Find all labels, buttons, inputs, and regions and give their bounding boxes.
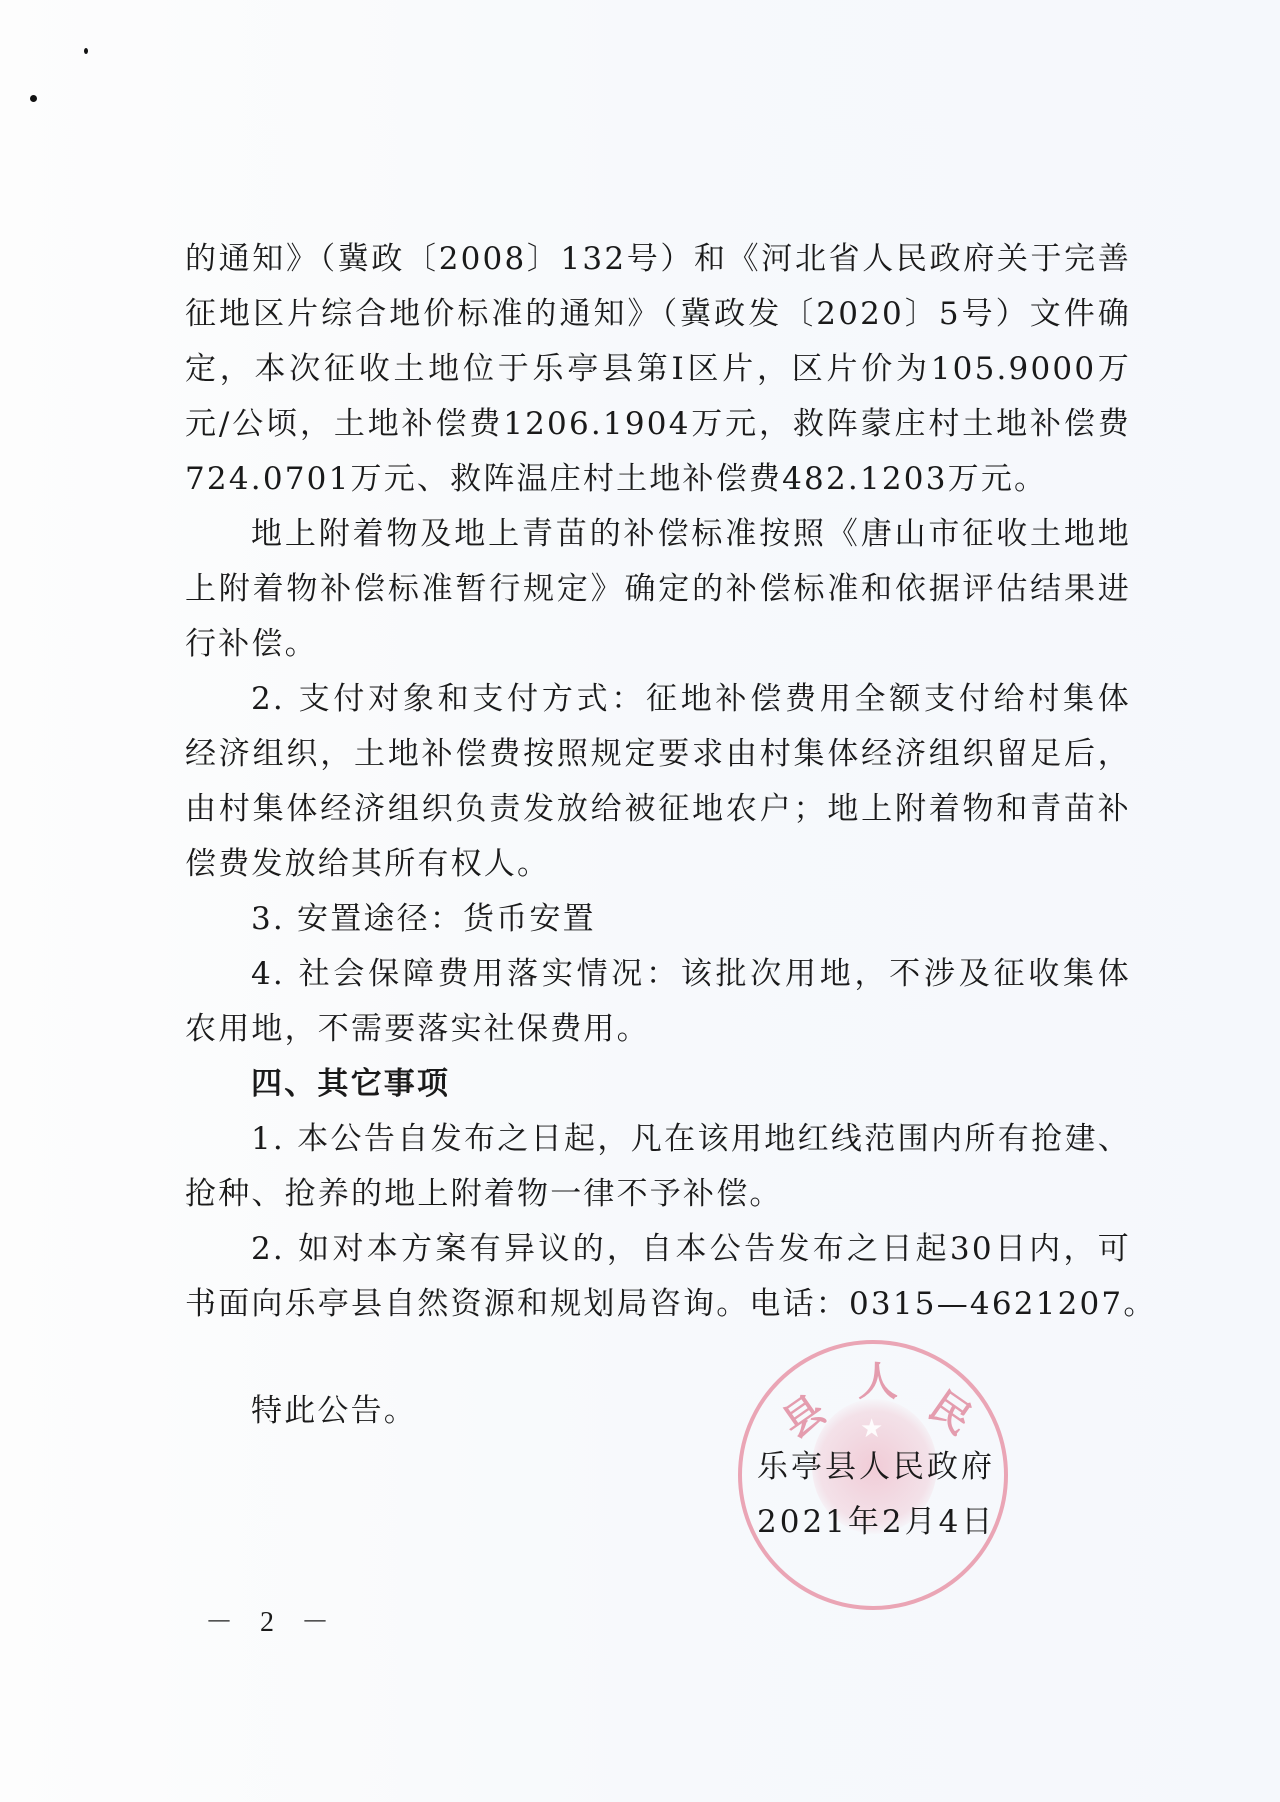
body-line: 农用地，不需要落实社保费用。 (185, 1002, 1131, 1057)
issue-date: 2021年2月4日 (757, 1495, 995, 1550)
body-line: 上附着物补偿标准暂行规定》确定的补偿标准和依据评估结果进 (185, 562, 1131, 617)
body-line: 偿费发放给其所有权人。 (185, 837, 1131, 892)
scan-speck (30, 95, 37, 102)
body-line: 1. 本公告自发布之日起，凡在该用地红线范围内所有抢建、 (185, 1112, 1131, 1167)
closing-remark: 特此公告。 (251, 1385, 417, 1430)
body-line: 地上附着物及地上青苗的补偿标准按照《唐山市征收土地地 (185, 507, 1131, 562)
body-line: 724.0701万元、救阵温庄村土地补偿费482.1203万元。 (185, 452, 1131, 507)
body-line: 行补偿。 (185, 617, 1131, 672)
body-line: 2. 如对本方案有异议的，自本公告发布之日起30日内，可 (185, 1222, 1131, 1277)
scan-speck (84, 48, 88, 54)
page-number: － 2 － (205, 1600, 339, 1640)
body-line: 2. 支付对象和支付方式：征地补偿费用全额支付给村集体 (185, 672, 1131, 727)
body-line: 征地区片综合地价标准的通知》（冀政发〔2020〕5号）文件确 (185, 287, 1131, 342)
body-line: 书面向乐亭县自然资源和规划局咨询。电话：0315—4621207。 (185, 1277, 1131, 1332)
body-line: 定，本次征收土地位于乐亭县第Ⅰ区片，区片价为105.9000万 (185, 342, 1131, 397)
document-body: 的通知》（冀政〔2008〕132号）和《河北省人民政府关于完善 征地区片综合地价… (185, 232, 1131, 1332)
signature-block: 乐亭县人民政府 2021年2月4日 (757, 1440, 995, 1550)
body-line: 3. 安置途径：货币安置 (185, 892, 1131, 947)
issuer-name: 乐亭县人民政府 (757, 1440, 995, 1495)
body-line: 由村集体经济组织负责发放给被征地农户；地上附着物和青苗补 (185, 782, 1131, 837)
section-heading: 四、其它事项 (185, 1057, 1131, 1112)
body-line: 抢种、抢养的地上附着物一律不予补偿。 (185, 1167, 1131, 1222)
body-line: 经济组织，土地补偿费按照规定要求由村集体经济组织留足后， (185, 727, 1131, 782)
seal-ring-char: 人 (858, 1350, 898, 1407)
body-line: 的通知》（冀政〔2008〕132号）和《河北省人民政府关于完善 (185, 232, 1131, 287)
body-line: 4. 社会保障费用落实情况：该批次用地，不涉及征收集体 (185, 947, 1131, 1002)
document-page: 的通知》（冀政〔2008〕132号）和《河北省人民政府关于完善 征地区片综合地价… (0, 0, 1280, 1802)
body-line: 元/公顷，土地补偿费1206.1904万元，救阵蒙庄村土地补偿费 (185, 397, 1131, 452)
